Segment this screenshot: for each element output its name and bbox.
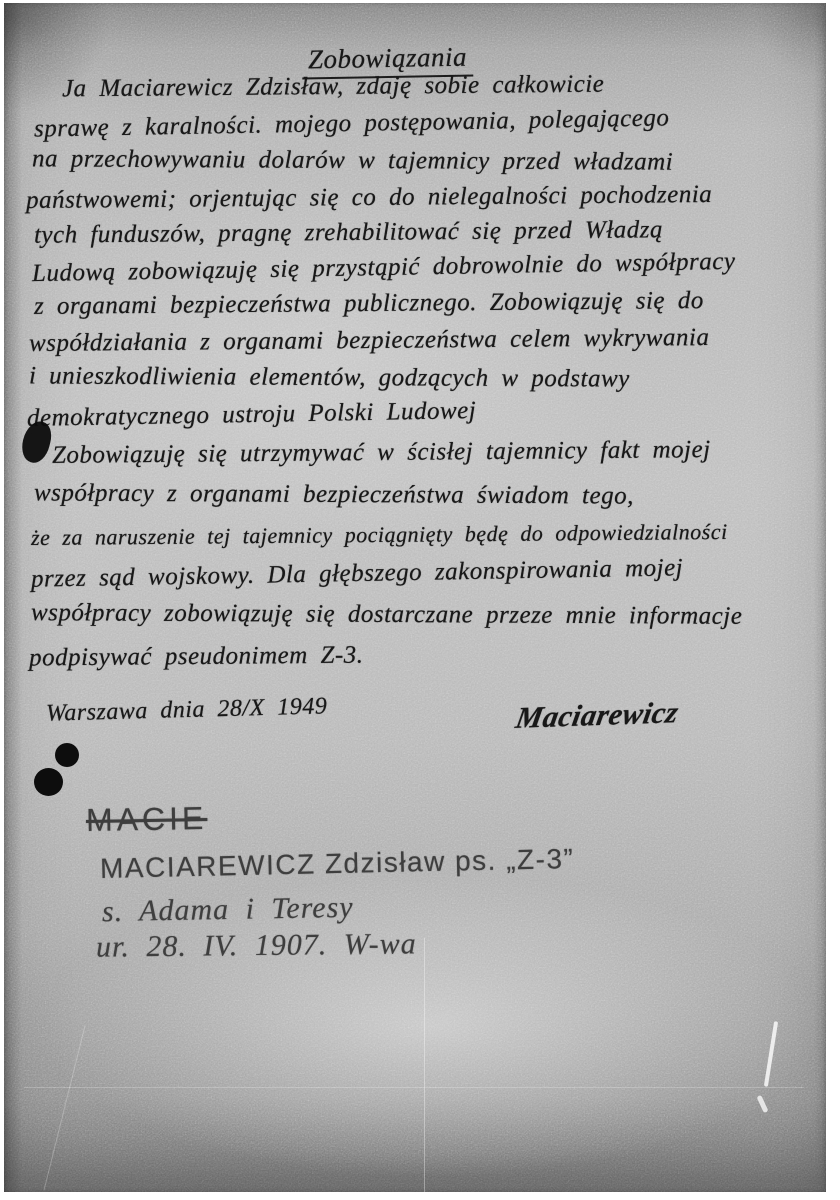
body-line: z organami bezpieczeństwa publicznego. Z… — [34, 287, 704, 321]
body-line: na przechowywaniu dolarów w tajemnicy pr… — [32, 145, 673, 176]
body-line: współpracy zobowiązuję się dostarczane p… — [31, 599, 742, 631]
body-line: demokratycznego ustroju Polski Ludowej — [27, 397, 477, 433]
subject-birthdate-line: ur. 28. IV. 1907. W-wa — [96, 927, 417, 964]
body-line: Zobowiązuję się utrzymywać w ścisłej taj… — [52, 436, 711, 470]
body-line: państwowemi; orjentując się co do nieleg… — [26, 181, 712, 215]
signature: Maciarewicz — [513, 696, 681, 736]
horizontal-crease — [24, 1087, 804, 1088]
body-line: Ja Maciarewicz Zdzisław, zdaję sobie cał… — [62, 71, 605, 104]
paper-sheet: Zobowiązania Ja Maciarewicz Zdzisław, zd… — [4, 3, 826, 1192]
crossed-out-name: MACIE — [86, 800, 208, 839]
scratch-mark — [43, 1025, 85, 1190]
subject-name-line: MACIAREWICZ Zdzisław ps. „Z-3” — [100, 843, 575, 885]
scratch-mark — [756, 1095, 768, 1113]
body-line: współdziałania z organami bezpieczeństwa… — [29, 324, 710, 358]
body-line: podpisywać pseudonimem Z-3. — [29, 642, 364, 673]
body-line: sprawę z karalności. mojego postępowania… — [34, 104, 670, 143]
vertical-crease — [424, 938, 425, 1192]
body-line: Ludową zobowiązuję się przystąpić dobrow… — [32, 248, 736, 288]
date-line: Warszawa dnia 28/X 1949 — [46, 693, 328, 727]
body-line: że za naruszenie tej tajemnicy pociągnię… — [31, 519, 728, 551]
subject-parents-line: s. Adama i Teresy — [102, 891, 354, 929]
body-line: przez sąd wojskowy. Dla głębszego zakons… — [31, 554, 684, 593]
body-line: tych funduszów, pragnę zrehabilitować si… — [34, 216, 663, 249]
scanned-document-page: Zobowiązania Ja Maciarewicz Zdzisław, zd… — [0, 0, 840, 1200]
body-line: współpracy z organami bezpieczeństwa świ… — [34, 479, 634, 510]
punch-hole — [34, 768, 63, 796]
punch-hole — [55, 743, 79, 767]
scratch-mark — [764, 1021, 778, 1087]
body-line: i unieszkodliwienia elementów, godzących… — [29, 362, 630, 393]
